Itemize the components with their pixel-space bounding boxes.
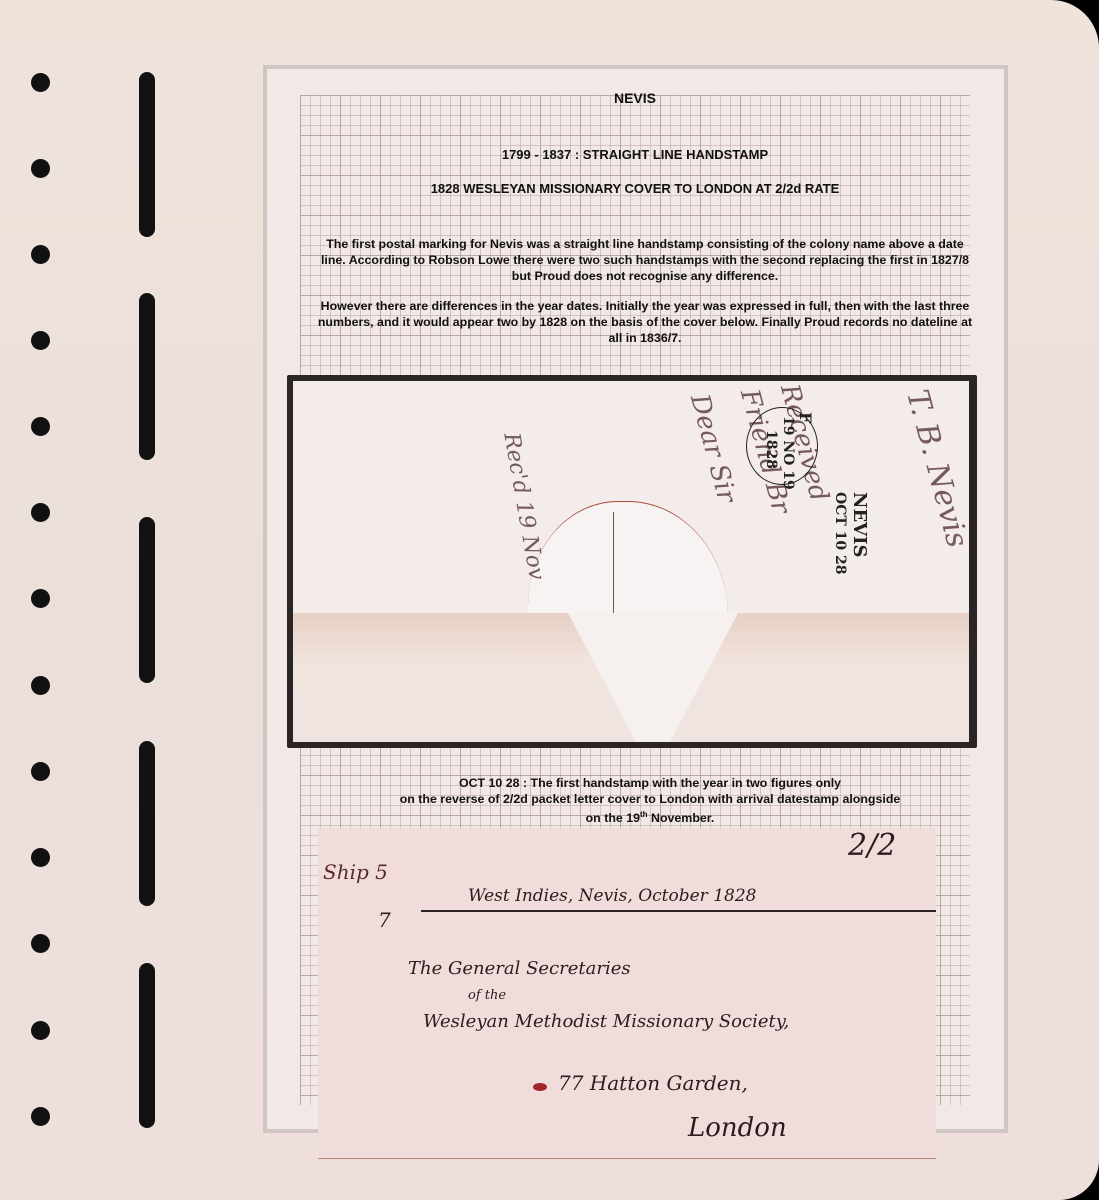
binder-slot (139, 963, 155, 1128)
binder-hole (31, 1107, 50, 1126)
page-title: NEVIS (300, 90, 970, 106)
cover-caption: OCT 10 28 : The first handstamp with the… (330, 775, 970, 826)
manuscript-mark: 7 (378, 908, 391, 932)
address-line-3: Wesleyan Methodist Missionary Society, (423, 1011, 789, 1032)
address-line-4: 77 Hatton Garden, (558, 1071, 748, 1095)
binder-hole (31, 331, 50, 350)
album-leaf: NEVIS 1799 - 1837 : STRAIGHT LINE HANDST… (0, 0, 1099, 1200)
binder-hole (31, 762, 50, 781)
binder-hole (31, 589, 50, 608)
docket-handwriting: Rec'd 19 Nov (498, 431, 548, 582)
datestamp-year: 1828 (763, 430, 779, 469)
description-paragraph-2: However there are differences in the yea… (315, 298, 975, 346)
description-paragraph-1: The first postal marking for Nevis was a… (315, 236, 975, 284)
route-line: West Indies, Nevis, October 1828 (468, 886, 756, 906)
datestamp-date: 19 NO 19 (780, 416, 796, 490)
address-line-1: The General Secretaries (408, 958, 631, 979)
caption-line-1: OCT 10 28 : The first handstamp with the… (330, 775, 970, 791)
binder-hole (31, 245, 50, 264)
binder-slot (139, 741, 155, 906)
binder-hole (31, 503, 50, 522)
datestamp-top: F (796, 412, 815, 423)
page-subtitle: 1799 - 1837 : STRAIGHT LINE HANDSTAMP (300, 147, 970, 162)
binder-hole (31, 73, 50, 92)
route-underline (421, 910, 936, 912)
cover-reverse-image: Rec'd 19 Nov Dear Sir Friend Br Received… (293, 381, 969, 742)
binder-hole (31, 1021, 50, 1040)
binder-hole (31, 934, 50, 953)
caption-line-3-end: November. (648, 811, 715, 825)
binder-slot (139, 293, 155, 460)
handwriting-1: Dear Sir (684, 391, 742, 506)
red-wax-seal-trace (533, 1083, 547, 1091)
binder-hole (31, 848, 50, 867)
caption-line-2: on the reverse of 2/2d packet letter cov… (330, 791, 970, 807)
binder-hole (31, 676, 50, 695)
caption-line-3-text: on the 19 (586, 811, 640, 825)
handwriting-4: T. B. Nevis (899, 386, 969, 551)
caption-line-3: on the 19th November. (330, 807, 970, 826)
binder-slot (139, 517, 155, 683)
binder-hole (31, 417, 50, 436)
nevis-handstamp-name: NEVIS (849, 492, 870, 558)
binder-slot (139, 72, 155, 237)
rate-marking: 2/2 (848, 828, 896, 863)
caption-superscript: th (640, 810, 648, 819)
ship-marking: Ship 5 (323, 860, 388, 884)
address-line-2: of the (468, 988, 506, 1003)
page-heading: 1828 WESLEYAN MISSIONARY COVER TO LONDON… (300, 181, 970, 196)
binder-hole (31, 159, 50, 178)
cover-front-image: 2/2 Ship 5 West Indies, Nevis, October 1… (318, 828, 936, 1159)
nevis-handstamp-date: OCT 10 28 (832, 492, 848, 574)
address-line-5: London (688, 1113, 787, 1143)
